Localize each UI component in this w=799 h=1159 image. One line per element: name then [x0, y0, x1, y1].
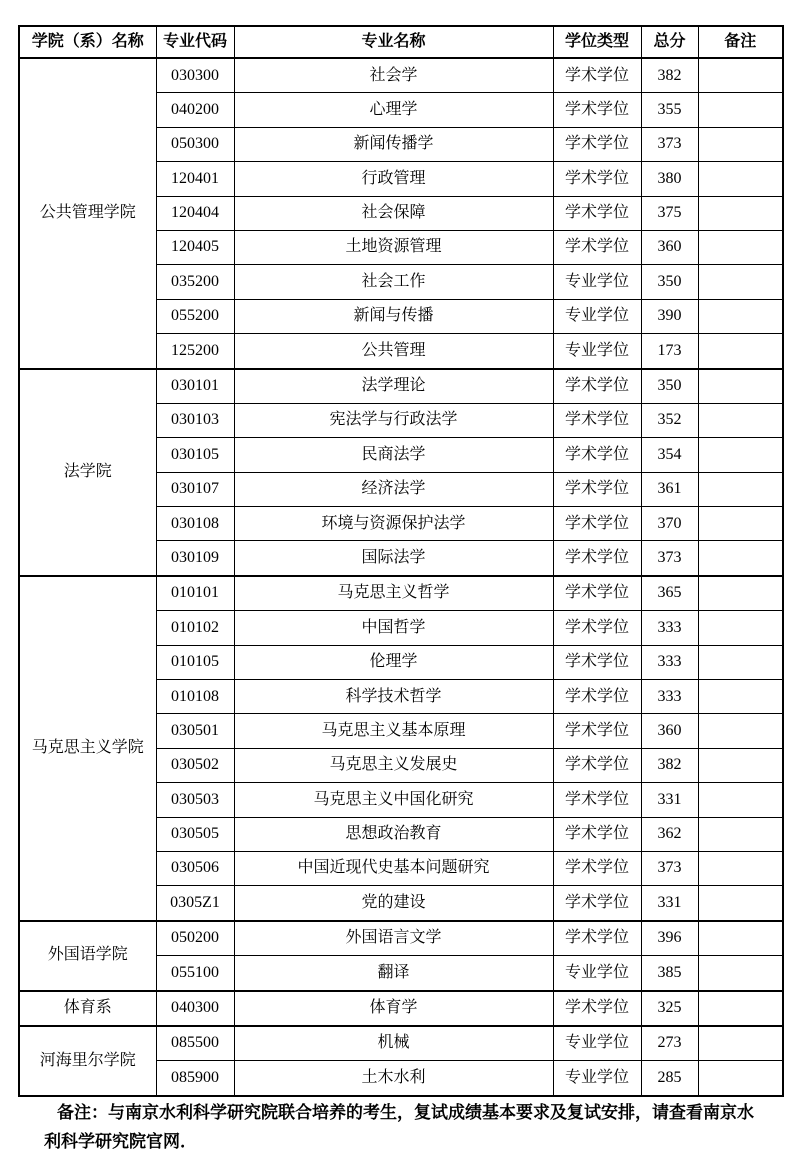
column-header: 学位类型 — [553, 26, 641, 58]
total-score-cell: 390 — [641, 299, 698, 333]
major-name-cell: 民商法学 — [234, 438, 553, 472]
note-cell — [698, 58, 783, 93]
total-score-cell: 350 — [641, 369, 698, 404]
major-code-cell: 120401 — [156, 162, 234, 196]
total-score-cell: 365 — [641, 576, 698, 611]
degree-type-cell: 专业学位 — [553, 956, 641, 991]
major-name-cell: 社会学 — [234, 58, 553, 93]
total-score-cell: 373 — [641, 851, 698, 885]
total-score-cell: 355 — [641, 93, 698, 127]
major-code-cell: 085900 — [156, 1061, 234, 1096]
degree-type-cell: 学术学位 — [553, 230, 641, 264]
degree-type-cell: 专业学位 — [553, 299, 641, 333]
major-name-cell: 机械 — [234, 1026, 553, 1061]
degree-type-cell: 学术学位 — [553, 576, 641, 611]
major-name-cell: 新闻与传播 — [234, 299, 553, 333]
degree-type-cell: 学术学位 — [553, 991, 641, 1026]
total-score-cell: 361 — [641, 472, 698, 506]
note-cell — [698, 611, 783, 645]
total-score-cell: 370 — [641, 507, 698, 541]
total-score-cell: 285 — [641, 1061, 698, 1096]
degree-type-cell: 学术学位 — [553, 851, 641, 885]
column-header: 专业名称 — [234, 26, 553, 58]
degree-type-cell: 学术学位 — [553, 196, 641, 230]
total-score-cell: 373 — [641, 541, 698, 576]
total-score-cell: 360 — [641, 230, 698, 264]
major-name-cell: 党的建设 — [234, 886, 553, 921]
major-name-cell: 体育学 — [234, 991, 553, 1026]
total-score-cell: 325 — [641, 991, 698, 1026]
major-code-cell: 120405 — [156, 230, 234, 264]
major-name-cell: 土地资源管理 — [234, 230, 553, 264]
table-row: 马克思主义学院010101马克思主义哲学学术学位365 — [19, 576, 783, 611]
major-code-cell: 030506 — [156, 851, 234, 885]
note-cell — [698, 230, 783, 264]
major-name-cell: 科学技术哲学 — [234, 680, 553, 714]
note-cell — [698, 851, 783, 885]
note-cell — [698, 334, 783, 369]
total-score-cell: 333 — [641, 680, 698, 714]
major-code-cell: 120404 — [156, 196, 234, 230]
degree-type-cell: 学术学位 — [553, 541, 641, 576]
table-row: 河海里尔学院085500机械专业学位273 — [19, 1026, 783, 1061]
note-cell — [698, 886, 783, 921]
total-score-cell: 362 — [641, 817, 698, 851]
total-score-cell: 350 — [641, 265, 698, 299]
major-name-cell: 心理学 — [234, 93, 553, 127]
degree-type-cell: 学术学位 — [553, 472, 641, 506]
major-name-cell: 中国近现代史基本问题研究 — [234, 851, 553, 885]
major-code-cell: 010102 — [156, 611, 234, 645]
major-name-cell: 马克思主义哲学 — [234, 576, 553, 611]
total-score-cell: 375 — [641, 196, 698, 230]
column-header: 学院（系）名称 — [19, 26, 156, 58]
note-cell — [698, 93, 783, 127]
major-code-cell: 030101 — [156, 369, 234, 404]
major-code-cell: 085500 — [156, 1026, 234, 1061]
table-body: 公共管理学院030300社会学学术学位382040200心理学学术学位35505… — [19, 58, 783, 1096]
degree-type-cell: 学术学位 — [553, 748, 641, 782]
note-cell — [698, 817, 783, 851]
note-cell — [698, 783, 783, 817]
major-name-cell: 法学理论 — [234, 369, 553, 404]
major-code-cell: 035200 — [156, 265, 234, 299]
degree-type-cell: 学术学位 — [553, 403, 641, 437]
note-cell — [698, 127, 783, 161]
total-score-cell: 380 — [641, 162, 698, 196]
major-name-cell: 国际法学 — [234, 541, 553, 576]
major-code-cell: 030502 — [156, 748, 234, 782]
note-cell — [698, 680, 783, 714]
total-score-cell: 385 — [641, 956, 698, 991]
major-code-cell: 125200 — [156, 334, 234, 369]
major-name-cell: 中国哲学 — [234, 611, 553, 645]
total-score-cell: 382 — [641, 58, 698, 93]
note-cell — [698, 541, 783, 576]
major-name-cell: 翻译 — [234, 956, 553, 991]
major-code-cell: 030505 — [156, 817, 234, 851]
college-cell: 外国语学院 — [19, 921, 156, 991]
degree-type-cell: 专业学位 — [553, 1026, 641, 1061]
degree-type-cell: 学术学位 — [553, 127, 641, 161]
major-code-cell: 010108 — [156, 680, 234, 714]
major-code-cell: 030108 — [156, 507, 234, 541]
table-row: 法学院030101法学理论学术学位350 — [19, 369, 783, 404]
college-cell: 法学院 — [19, 369, 156, 576]
table-row: 公共管理学院030300社会学学术学位382 — [19, 58, 783, 93]
major-name-cell: 马克思主义基本原理 — [234, 714, 553, 748]
table-row: 外国语学院050200外国语言文学学术学位396 — [19, 921, 783, 956]
college-cell: 公共管理学院 — [19, 58, 156, 369]
major-name-cell: 伦理学 — [234, 645, 553, 679]
header-row: 学院（系）名称专业代码专业名称学位类型总分备注 — [19, 26, 783, 58]
major-name-cell: 外国语言文学 — [234, 921, 553, 956]
footnote-line-1: 备注：与南京水利科学研究院联合培养的考生，复试成绩基本要求及复试安排，请查看南京… — [44, 1098, 766, 1127]
note-cell — [698, 748, 783, 782]
note-cell — [698, 299, 783, 333]
degree-type-cell: 学术学位 — [553, 714, 641, 748]
degree-type-cell: 学术学位 — [553, 680, 641, 714]
total-score-cell: 354 — [641, 438, 698, 472]
major-code-cell: 030300 — [156, 58, 234, 93]
college-cell: 体育系 — [19, 991, 156, 1026]
note-cell — [698, 438, 783, 472]
major-code-cell: 030103 — [156, 403, 234, 437]
note-cell — [698, 991, 783, 1026]
total-score-cell: 333 — [641, 645, 698, 679]
note-cell — [698, 403, 783, 437]
note-cell — [698, 472, 783, 506]
total-score-cell: 382 — [641, 748, 698, 782]
major-code-cell: 030501 — [156, 714, 234, 748]
degree-type-cell: 学术学位 — [553, 817, 641, 851]
total-score-cell: 173 — [641, 334, 698, 369]
major-name-cell: 行政管理 — [234, 162, 553, 196]
major-code-cell: 030503 — [156, 783, 234, 817]
major-name-cell: 马克思主义发展史 — [234, 748, 553, 782]
major-code-cell: 050200 — [156, 921, 234, 956]
note-cell — [698, 714, 783, 748]
footnote: 备注：与南京水利科学研究院联合培养的考生，复试成绩基本要求及复试安排，请查看南京… — [44, 1098, 766, 1156]
major-code-cell: 0305Z1 — [156, 886, 234, 921]
note-cell — [698, 921, 783, 956]
degree-type-cell: 专业学位 — [553, 1061, 641, 1096]
degree-type-cell: 学术学位 — [553, 162, 641, 196]
major-name-cell: 土木水利 — [234, 1061, 553, 1096]
note-cell — [698, 1061, 783, 1096]
major-name-cell: 社会工作 — [234, 265, 553, 299]
college-cell: 马克思主义学院 — [19, 576, 156, 921]
note-cell — [698, 196, 783, 230]
major-name-cell: 环境与资源保护法学 — [234, 507, 553, 541]
major-name-cell: 经济法学 — [234, 472, 553, 506]
note-cell — [698, 1026, 783, 1061]
major-code-cell: 040200 — [156, 93, 234, 127]
major-code-cell: 055200 — [156, 299, 234, 333]
major-name-cell: 宪法学与行政法学 — [234, 403, 553, 437]
note-cell — [698, 369, 783, 404]
degree-type-cell: 学术学位 — [553, 886, 641, 921]
total-score-cell: 373 — [641, 127, 698, 161]
column-header: 总分 — [641, 26, 698, 58]
note-cell — [698, 507, 783, 541]
degree-type-cell: 学术学位 — [553, 921, 641, 956]
major-code-cell: 010105 — [156, 645, 234, 679]
major-name-cell: 公共管理 — [234, 334, 553, 369]
degree-type-cell: 学术学位 — [553, 58, 641, 93]
major-name-cell: 马克思主义中国化研究 — [234, 783, 553, 817]
major-code-cell: 050300 — [156, 127, 234, 161]
degree-type-cell: 专业学位 — [553, 334, 641, 369]
degree-type-cell: 学术学位 — [553, 645, 641, 679]
column-header: 专业代码 — [156, 26, 234, 58]
college-cell: 河海里尔学院 — [19, 1026, 156, 1096]
degree-type-cell: 学术学位 — [553, 783, 641, 817]
degree-type-cell: 学术学位 — [553, 369, 641, 404]
degree-type-cell: 学术学位 — [553, 438, 641, 472]
major-code-cell: 030105 — [156, 438, 234, 472]
major-name-cell: 新闻传播学 — [234, 127, 553, 161]
total-score-cell: 331 — [641, 783, 698, 817]
table-row: 体育系040300体育学学术学位325 — [19, 991, 783, 1026]
major-code-cell: 010101 — [156, 576, 234, 611]
degree-type-cell: 学术学位 — [553, 507, 641, 541]
note-cell — [698, 162, 783, 196]
total-score-cell: 331 — [641, 886, 698, 921]
total-score-cell: 352 — [641, 403, 698, 437]
major-name-cell: 思想政治教育 — [234, 817, 553, 851]
total-score-cell: 396 — [641, 921, 698, 956]
note-cell — [698, 576, 783, 611]
total-score-cell: 360 — [641, 714, 698, 748]
note-cell — [698, 956, 783, 991]
degree-type-cell: 学术学位 — [553, 93, 641, 127]
note-cell — [698, 645, 783, 679]
column-header: 备注 — [698, 26, 783, 58]
major-name-cell: 社会保障 — [234, 196, 553, 230]
total-score-cell: 273 — [641, 1026, 698, 1061]
footnote-line-2: 利科学研究院官网． — [44, 1127, 766, 1156]
degree-type-cell: 专业学位 — [553, 265, 641, 299]
major-code-cell: 030109 — [156, 541, 234, 576]
degree-type-cell: 学术学位 — [553, 611, 641, 645]
major-code-cell: 030107 — [156, 472, 234, 506]
major-code-cell: 040300 — [156, 991, 234, 1026]
major-code-cell: 055100 — [156, 956, 234, 991]
admission-score-table: 学院（系）名称专业代码专业名称学位类型总分备注 公共管理学院030300社会学学… — [18, 25, 784, 1097]
total-score-cell: 333 — [641, 611, 698, 645]
note-cell — [698, 265, 783, 299]
